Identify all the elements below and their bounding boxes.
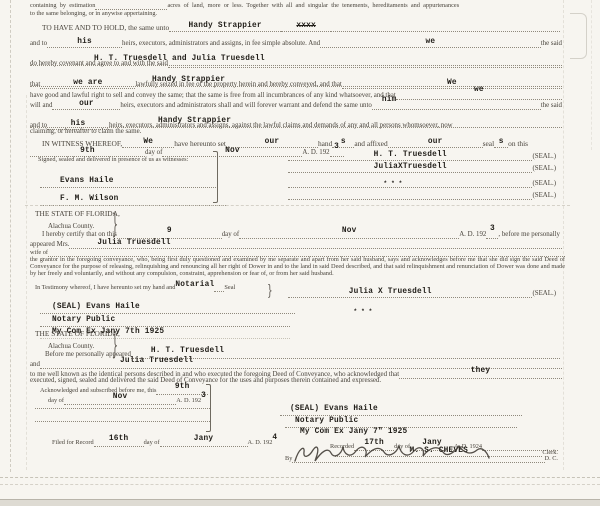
wife-name-typed: Julia Truesdell bbox=[97, 239, 170, 247]
belonging-line: to the same belonging, or in anywise app… bbox=[30, 11, 330, 18]
covenant-line: do hereby covenant and agree to and with… bbox=[30, 60, 562, 68]
seal-label-3: (SEAL.) bbox=[532, 180, 556, 188]
testimony-label: In Testimony whereof, I have hereunto se… bbox=[35, 285, 175, 292]
exec-year-typed: 3 bbox=[334, 143, 339, 151]
state-line-1: THE STATE OF FLORIDA, bbox=[35, 210, 235, 218]
presence-label: Signed, sealed and delivered in presence… bbox=[38, 157, 188, 164]
ack-date-line: day of Nov A. D. 192 3 bbox=[48, 395, 206, 405]
grantee-name-field: Handy Strappier bbox=[169, 20, 281, 32]
left-margin-line-2 bbox=[26, 95, 27, 470]
ack-ad-label: A. D. 192 bbox=[176, 398, 201, 405]
seized-text: lawfully seized in fee of the property h… bbox=[135, 81, 341, 89]
good-right-line: have good and lawful right to sell and c… bbox=[30, 90, 562, 100]
s2-field: s bbox=[494, 136, 508, 148]
dower-day-field: 9 bbox=[117, 229, 222, 239]
our2-field: our bbox=[388, 136, 483, 148]
acres-text: acres of land, more or less. Together wi… bbox=[167, 3, 459, 10]
dower-month-field: Nov bbox=[239, 229, 459, 239]
filed-label: Filed for Record bbox=[52, 440, 94, 447]
and-label: and bbox=[30, 361, 40, 369]
ack-bracket bbox=[206, 384, 211, 432]
containing-line: containing by estimation acres of land, … bbox=[30, 3, 562, 10]
we2-field: we bbox=[396, 90, 562, 100]
dotted-leader bbox=[288, 199, 532, 200]
signer1-field: H. T. Truesdell bbox=[288, 151, 532, 161]
seal-label-1: (SEAL.) bbox=[532, 153, 556, 161]
we-typed: we bbox=[426, 38, 436, 46]
wife-name-field: Julia Truesdell bbox=[69, 239, 562, 249]
habendum-line: TO HAVE AND TO HOLD, the same unto Handy… bbox=[42, 20, 560, 32]
s1-typed: s bbox=[341, 138, 346, 146]
mark-stars-line-2: * * * bbox=[288, 300, 438, 318]
seal-row-1: H. T. Truesdell (SEAL.) bbox=[288, 151, 556, 161]
notarial-typed: Notarial bbox=[175, 282, 214, 290]
subscribed-label: Acknowledged and subscribed before me, t… bbox=[40, 388, 156, 395]
blank-line-1 bbox=[35, 408, 210, 409]
seal-label-word: seal bbox=[483, 140, 495, 148]
ack-month-typed: Nov bbox=[113, 393, 128, 401]
exec-day-typed: 9th bbox=[80, 147, 95, 155]
mark-stars-2: * * * bbox=[353, 308, 372, 315]
filed-day-of-label: day of bbox=[144, 440, 160, 447]
commission-typed-2: My Com Ex Jany 7" 1925 bbox=[300, 429, 407, 437]
dower-month-typed: Nov bbox=[342, 227, 357, 235]
dower-year-field: 3 bbox=[486, 229, 498, 239]
bottom-edge-line-1 bbox=[0, 477, 600, 478]
struck-text: xxxx bbox=[296, 22, 316, 30]
ack-day-of-label: day of bbox=[48, 398, 64, 405]
blank-line-2 bbox=[35, 421, 210, 422]
they-typed: they bbox=[471, 367, 491, 375]
before-appeared-label: Before me personally appeared bbox=[45, 351, 131, 359]
clerk-deputy-signature bbox=[292, 442, 492, 466]
julia-sig-typed: Julia X Truesdell bbox=[349, 288, 432, 296]
filed-ad-label: A. D. 192 bbox=[248, 440, 273, 447]
certify-line: I hereby certify that on this 9 day of N… bbox=[42, 229, 560, 239]
ack-name2-typed: Julia Truesdell bbox=[120, 357, 193, 365]
on-this-label: on this bbox=[508, 140, 528, 148]
grantee-name: Handy Strappier bbox=[189, 22, 262, 30]
dower-paragraph: the grantor in the foregoing conveyance,… bbox=[30, 256, 565, 278]
ack-name1-field: H. T. Truesdell bbox=[131, 349, 560, 359]
seal-row-4: (SEAL.) bbox=[288, 192, 556, 200]
witness1-field: Evans Haile bbox=[40, 169, 218, 188]
appeared-line: appeared Mrs. Julia Truesdell bbox=[30, 239, 562, 249]
s2-typed: s bbox=[499, 138, 504, 146]
state-label-2: THE STATE OF FLORIDA, bbox=[35, 330, 120, 338]
dower-day-typed: 9 bbox=[167, 227, 172, 235]
seal-row-3: (SEAL.) bbox=[288, 180, 556, 188]
notary-title-line-2: Notary Public bbox=[285, 409, 517, 428]
containing-label: containing by estimation bbox=[30, 3, 95, 10]
notary-title-typed-2: Notary Public bbox=[295, 417, 358, 425]
exec-month-typed: Nov bbox=[225, 147, 240, 155]
dotted-leader bbox=[35, 421, 210, 422]
seal-word-label: Seal bbox=[224, 285, 235, 292]
witness2-line: F. M. Wilson bbox=[40, 187, 226, 206]
section-divider bbox=[25, 205, 570, 206]
witness2-name: F. M. Wilson bbox=[60, 195, 119, 203]
dower-day-of-label: day of bbox=[222, 231, 239, 239]
our2-typed: our bbox=[428, 138, 443, 146]
filed-day-typed: 16th bbox=[109, 435, 129, 443]
we2-typed: we bbox=[474, 86, 484, 94]
dower-year-typed: 3 bbox=[490, 225, 495, 233]
state-line-2: THE STATE OF FLORIDA, bbox=[35, 330, 235, 338]
ack-month-field: Nov bbox=[64, 395, 176, 405]
right-margin-line-2 bbox=[591, 0, 592, 150]
witness2-field: F. M. Wilson bbox=[40, 187, 226, 206]
seal-label-5: (SEAL.) bbox=[532, 290, 556, 298]
witness1-line: Evans Haile bbox=[40, 169, 218, 188]
we-are-field: we are bbox=[40, 79, 135, 89]
our-typed: our bbox=[79, 100, 94, 108]
belonging-text: to the same belonging, or in anywise app… bbox=[30, 11, 157, 18]
we-typed-3: We bbox=[143, 138, 153, 146]
we-are-typed: we are bbox=[73, 79, 102, 87]
testimony-line: In Testimony whereof, I have hereunto se… bbox=[35, 284, 275, 292]
state-label-1: THE STATE OF FLORIDA, bbox=[35, 210, 120, 218]
mark-stars-wrap-2: * * * bbox=[288, 300, 438, 318]
filed-line: Filed for Record 16th day of Jany A. D. … bbox=[52, 437, 310, 447]
next-page-edge bbox=[0, 499, 600, 506]
witness-column-bracket bbox=[213, 151, 218, 203]
ack-name1-typed: H. T. Truesdell bbox=[151, 347, 224, 355]
before-personally-text: , before me personally bbox=[498, 231, 560, 239]
bottom-edge-line-2 bbox=[0, 484, 600, 485]
appeared-label: appeared Mrs. bbox=[30, 241, 69, 249]
him-typed: him bbox=[382, 96, 397, 104]
our1-typed: our bbox=[265, 138, 280, 146]
filed-month-field: Jany bbox=[160, 437, 248, 447]
habendum-label: TO HAVE AND TO HOLD, the same unto bbox=[42, 24, 169, 32]
claiming-line: claiming, or hereafter to claim the same… bbox=[30, 128, 330, 136]
executed-line: executed, signed, sealed and delivered t… bbox=[30, 377, 480, 385]
we-cap-field: We bbox=[342, 79, 562, 89]
his-typed: his bbox=[77, 38, 92, 46]
right-margin-line bbox=[563, 0, 564, 470]
filed-year-typed: 4 bbox=[272, 435, 277, 443]
claiming-text: claiming, or hereafter to claim the same… bbox=[30, 128, 141, 136]
ack-day-typed: 9th bbox=[175, 383, 190, 391]
covenant-label: do hereby covenant and agree to and with… bbox=[30, 60, 168, 68]
commission-line-2: My Com Ex Jany 7" 1925 bbox=[300, 429, 460, 437]
presence-label-line: Signed, sealed and delivered in presence… bbox=[38, 157, 228, 164]
good-right-text: have good and lawful right to sell and c… bbox=[30, 92, 396, 100]
that-label: that bbox=[30, 81, 40, 89]
dotted-leader bbox=[288, 187, 532, 188]
scan-artifact-bracket bbox=[570, 13, 587, 59]
signer1-name: H. T. Truesdell bbox=[374, 151, 447, 159]
seal-label-2: (SEAL.) bbox=[532, 165, 556, 173]
julia-signature-line: Julia X Truesdell (SEAL.) bbox=[288, 288, 556, 298]
scanned-deed-page: containing by estimation acres of land, … bbox=[0, 0, 600, 506]
notary-title-field-2: Notary Public bbox=[285, 409, 517, 428]
dotted-leader bbox=[35, 408, 210, 409]
dc-label: D. C. bbox=[545, 456, 558, 463]
julia-sig-field: Julia X Truesdell bbox=[288, 288, 532, 298]
filed-day-field: 16th bbox=[94, 437, 144, 447]
signer2-name: JuliaXTruesdell bbox=[374, 163, 447, 171]
seal-label-4: (SEAL.) bbox=[532, 192, 556, 200]
left-margin-line bbox=[10, 0, 11, 472]
we-cap-typed: We bbox=[447, 79, 457, 87]
witness1-name: Evans Haile bbox=[60, 177, 114, 185]
dower-ad-label: A. D. 192 bbox=[459, 231, 486, 239]
struck-field: xxxx bbox=[281, 20, 331, 32]
certify-label: I hereby certify that on this bbox=[42, 231, 117, 239]
dotted-leader bbox=[331, 31, 560, 32]
dotted-leader bbox=[214, 291, 224, 292]
filed-month-typed: Jany bbox=[194, 435, 214, 443]
